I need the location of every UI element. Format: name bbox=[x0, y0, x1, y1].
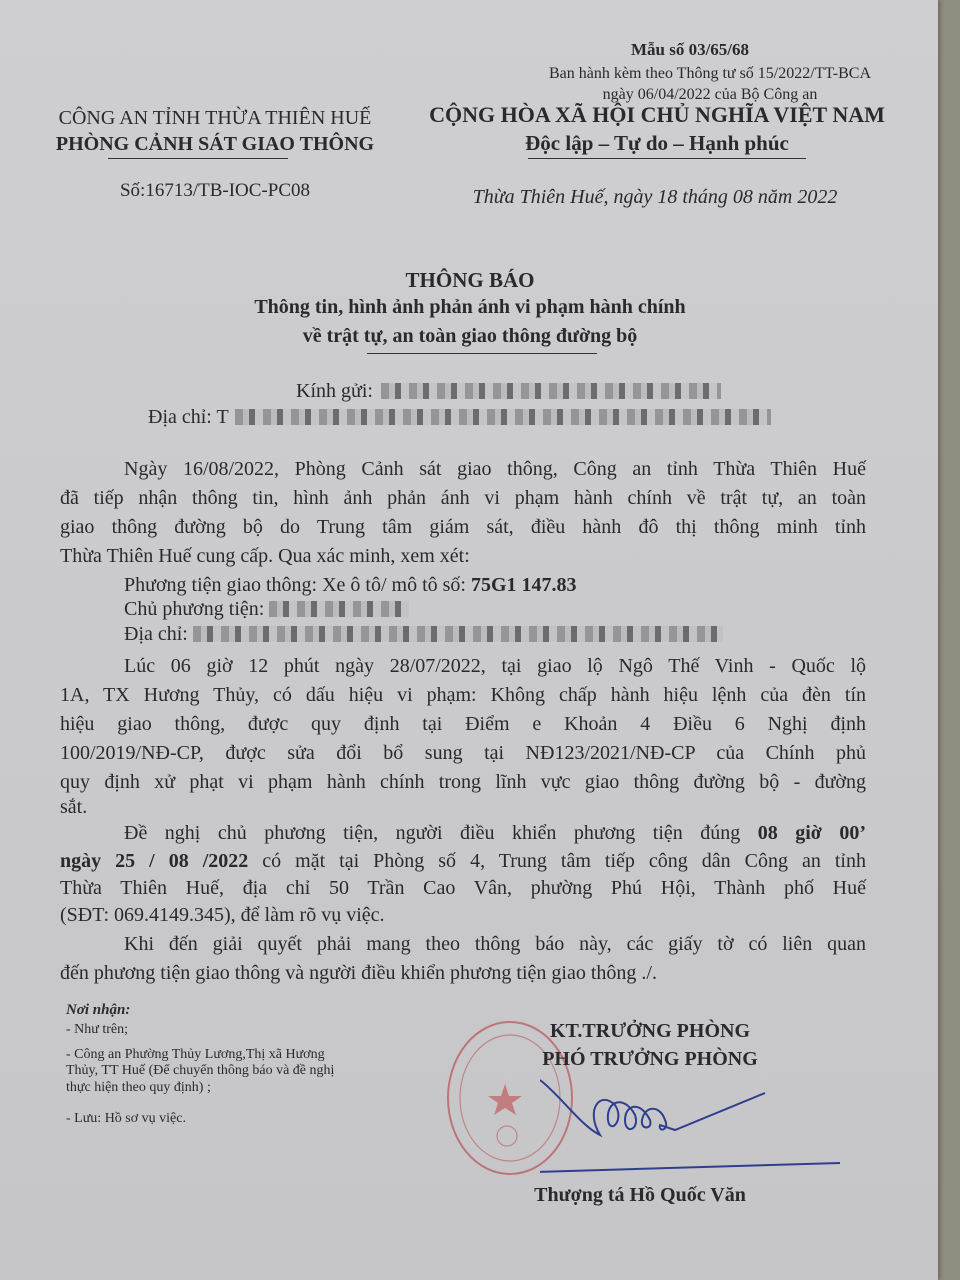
paragraph2-line6: sắt. bbox=[60, 796, 866, 819]
paragraph3-line2: ngày 25 / 08 /2022 có mặt tại Phòng số 4… bbox=[60, 850, 866, 873]
agency-underline bbox=[108, 158, 288, 159]
owner-label: Chủ phương tiện: bbox=[124, 598, 269, 620]
paragraph4-line1: Khi đến giải quyết phải mang theo thông … bbox=[60, 933, 866, 956]
recipients-heading: Nơi nhận: bbox=[66, 1002, 130, 1019]
form-number: Mẫu số 03/65/68 bbox=[560, 40, 820, 60]
paragraph2-line4: 100/2019/NĐ-CP, được sửa đổi bổ sung tại… bbox=[60, 742, 866, 765]
paragraph3-line1: Đề nghị chủ phương tiện, người điều khiể… bbox=[60, 822, 866, 845]
appointment-place: có mặt tại Phòng số 4, Trung tâm tiếp cô… bbox=[248, 850, 866, 872]
owner-address-label: Địa chỉ: bbox=[124, 623, 193, 645]
paragraph4-line2: đến phương tiện giao thông và người điều… bbox=[60, 962, 866, 985]
paragraph3-line4: (SĐT: 069.4149.345), để làm rõ vụ việc. bbox=[60, 904, 866, 927]
agency-name: PHÒNG CẢNH SÁT GIAO THÔNG bbox=[30, 133, 400, 156]
document-page: Mẫu số 03/65/68 Ban hành kèm theo Thông … bbox=[0, 0, 938, 1280]
document-subtitle-line1: Thông tin, hình ảnh phản ánh vi phạm hàn… bbox=[180, 296, 760, 319]
document-number: Số:16713/TB-IOC-PC08 bbox=[30, 180, 400, 202]
nation-heading: CỘNG HÒA XÃ HỘI CHỦ NGHĨA VIỆT NAM bbox=[412, 102, 902, 128]
recipient-line: Kính gửi: bbox=[296, 380, 721, 403]
recipient-label: Kính gửi: bbox=[296, 380, 373, 402]
subtitle-underline bbox=[367, 353, 597, 354]
paragraph2-line1: Lúc 06 giờ 12 phút ngày 28/07/2022, tại … bbox=[60, 655, 866, 678]
paragraph1-line2: đã tiếp nhận thông tin, hình ảnh phản án… bbox=[60, 487, 866, 510]
recipients-item: thực hiện theo quy định) ; bbox=[66, 1080, 211, 1096]
vehicle-line: Phương tiện giao thông: Xe ô tô/ mô tô s… bbox=[124, 574, 930, 597]
recipients-item: - Như trên; bbox=[66, 1022, 128, 1038]
owner-redacted bbox=[269, 601, 409, 617]
document-title: THÔNG BÁO bbox=[200, 268, 740, 293]
paragraph2-line3: hiệu giao thông, được quy định tại Điểm … bbox=[60, 713, 866, 736]
vehicle-label: Phương tiện giao thông: Xe ô tô/ mô tô s… bbox=[124, 574, 471, 596]
recipient-address-label: Địa chỉ: T bbox=[148, 406, 229, 428]
signature-title-line2: PHÓ TRƯỞNG PHÒNG bbox=[480, 1048, 820, 1071]
paragraph1-line4: Thừa Thiên Huế cung cấp. Qua xác minh, x… bbox=[60, 545, 866, 568]
handwritten-signature-icon bbox=[540, 1075, 840, 1175]
appointment-time: 08 giờ 00’ bbox=[758, 822, 866, 844]
recipient-address-line: Địa chỉ: T bbox=[148, 406, 771, 429]
paragraph2-line2: 1A, TX Hương Thủy, có dấu hiệu vi phạm: … bbox=[60, 684, 866, 707]
paragraph3-text: Đề nghị chủ phương tiện, người điều khiể… bbox=[124, 822, 758, 844]
owner-address-redacted bbox=[193, 626, 723, 642]
recipient-address-redacted bbox=[235, 409, 771, 425]
recipient-redacted bbox=[381, 383, 721, 399]
appointment-date: ngày 25 / 08 /2022 bbox=[60, 850, 248, 872]
recipients-item: - Công an Phường Thủy Lương,Thị xã Hương bbox=[66, 1047, 325, 1063]
form-issued-note: Ban hành kèm theo Thông tư số 15/2022/TT… bbox=[520, 63, 900, 105]
motto-underline bbox=[528, 158, 806, 159]
owner-address-line: Địa chỉ: bbox=[124, 623, 930, 646]
signature-title-line1: KT.TRƯỞNG PHÒNG bbox=[480, 1020, 820, 1043]
agency-parent: CÔNG AN TỈNH THỪA THIÊN HUẾ bbox=[30, 107, 400, 130]
owner-line: Chủ phương tiện: bbox=[124, 598, 930, 621]
document-subtitle-line2: về trật tự, an toàn giao thông đường bộ bbox=[180, 325, 760, 348]
paragraph2-line5: quy định xử phạt vi phạm hành chính tron… bbox=[60, 771, 866, 794]
form-issued-line1: Ban hành kèm theo Thông tư số 15/2022/TT… bbox=[520, 63, 900, 84]
recipients-item: Thủy, TT Huế (Để chuyển thông báo và đề … bbox=[66, 1063, 334, 1079]
recipients-item: - Lưu: Hồ sơ vụ việc. bbox=[66, 1111, 186, 1127]
signer-name: Thượng tá Hồ Quốc Văn bbox=[470, 1184, 810, 1207]
national-motto: Độc lập – Tự do – Hạnh phúc bbox=[412, 131, 902, 156]
place-and-date: Thừa Thiên Huế, ngày 18 tháng 08 năm 202… bbox=[410, 186, 900, 209]
vehicle-plate: 75G1 147.83 bbox=[471, 574, 577, 596]
paragraph1-line3: giao thông đường bộ do Trung tâm giám sá… bbox=[60, 516, 866, 539]
paragraph3-line3: Thừa Thiên Huế, địa chỉ 50 Trần Cao Vân,… bbox=[60, 877, 866, 900]
paragraph1-line1: Ngày 16/08/2022, Phòng Cảnh sát giao thô… bbox=[60, 458, 866, 481]
